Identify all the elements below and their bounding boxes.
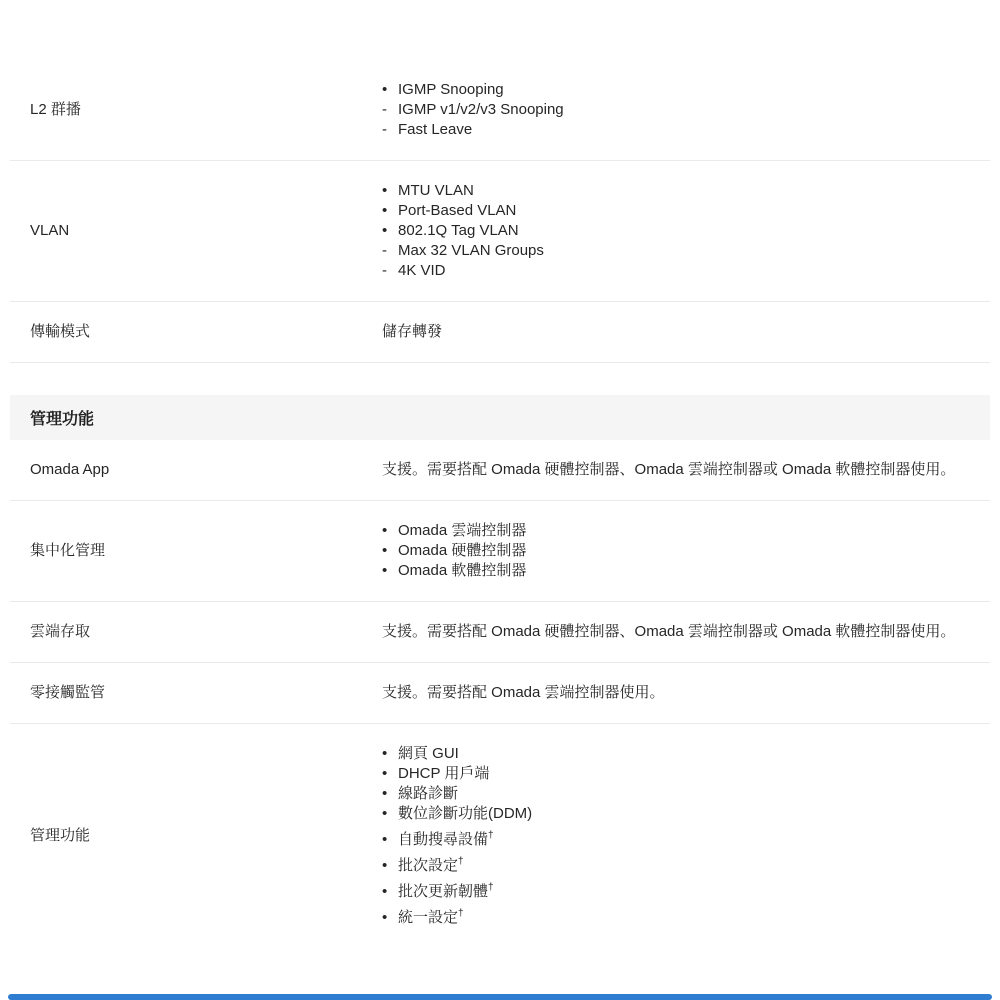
spec-value-line: -IGMP v1/v2/v3 Snooping <box>382 100 984 120</box>
spec-value-text-content: 4K VID <box>398 262 446 279</box>
spec-value-text-content: IGMP Snooping <box>398 81 504 98</box>
spec-row: VLAN•MTU VLAN•Port-Based VLAN•802.1Q Tag… <box>10 161 990 301</box>
spec-value-text: 支援。需要搭配 Omada 硬體控制器、Omada 雲端控制器或 Omada 軟… <box>382 460 955 480</box>
spec-value-text-content: 數位診斷功能(DDM) <box>398 805 532 822</box>
spec-row: L2 群播•IGMP Snooping-IGMP v1/v2/v3 Snoopi… <box>10 64 990 160</box>
spec-value-text: 批次更新韌體† <box>398 882 494 902</box>
bullet-marker: • <box>382 80 394 100</box>
spec-value-text: 線路診斷 <box>398 784 458 804</box>
bullet-marker: - <box>382 261 394 281</box>
spec-value-text-content: MTU VLAN <box>398 182 474 199</box>
spec-value-text: Fast Leave <box>398 120 472 140</box>
spec-row: 管理功能•網頁 GUI•DHCP 用戶端•線路診斷•數位診斷功能(DDM)•自動… <box>10 724 990 948</box>
spec-value-line: -Max 32 VLAN Groups <box>382 241 984 261</box>
spec-value-text: 統一設定† <box>398 908 464 928</box>
bullet-marker: • <box>382 221 394 241</box>
spec-value-text: IGMP v1/v2/v3 Snooping <box>398 100 564 120</box>
spec-page: L2 群播•IGMP Snooping-IGMP v1/v2/v3 Snoopi… <box>0 0 1000 1000</box>
bullet-marker: • <box>382 764 394 784</box>
spec-row-label: VLAN <box>10 221 382 241</box>
bullet-marker: • <box>382 908 394 928</box>
spec-row-label: 集中化管理 <box>10 541 382 561</box>
spec-value-line: 支援。需要搭配 Omada 硬體控制器、Omada 雲端控制器或 Omada 軟… <box>382 622 984 642</box>
spec-value-text: 批次設定† <box>398 856 464 876</box>
spec-value-text: DHCP 用戶端 <box>398 764 489 784</box>
spec-value-line: •數位診斷功能(DDM) <box>382 804 984 824</box>
bullet-marker: • <box>382 804 394 824</box>
spec-value-text-content: 網頁 GUI <box>398 745 459 762</box>
spec-value-line: •線路診斷 <box>382 784 984 804</box>
spec-value-line: •批次更新韌體† <box>382 876 984 902</box>
top-whitespace <box>10 0 990 64</box>
spec-value-text-content: 批次更新韌體 <box>398 883 488 900</box>
spec-value-text: 網頁 GUI <box>398 744 459 764</box>
spec-row-label: L2 群播 <box>10 100 382 120</box>
bullet-marker: • <box>382 784 394 804</box>
spec-value-text-content: 自動搜尋設備 <box>398 831 488 848</box>
spec-value-text: Omada 硬體控制器 <box>398 541 526 561</box>
spec-value-text-content: 802.1Q Tag VLAN <box>398 222 519 239</box>
spec-value-text-content: Fast Leave <box>398 121 472 138</box>
spec-value-line: •Port-Based VLAN <box>382 201 984 221</box>
spec-value-text: 數位診斷功能(DDM) <box>398 804 532 824</box>
spec-value-line: •IGMP Snooping <box>382 80 984 100</box>
bullet-marker: • <box>382 882 394 902</box>
spec-row: 集中化管理•Omada 雲端控制器•Omada 硬體控制器•Omada 軟體控制… <box>10 501 990 601</box>
bullet-marker: • <box>382 201 394 221</box>
spec-value-text: Omada 軟體控制器 <box>398 561 526 581</box>
spec-row-label: 零接觸監管 <box>10 683 382 703</box>
bullet-marker: - <box>382 100 394 120</box>
horizontal-scrollbar-thumb[interactable] <box>8 994 992 1000</box>
spec-row-value: •MTU VLAN•Port-Based VLAN•802.1Q Tag VLA… <box>382 181 990 281</box>
bullet-marker: • <box>382 561 394 581</box>
spec-row-value: 支援。需要搭配 Omada 硬體控制器、Omada 雲端控制器或 Omada 軟… <box>382 622 990 642</box>
bullet-marker: • <box>382 856 394 876</box>
spec-value-text: Port-Based VLAN <box>398 201 516 221</box>
bullet-marker: • <box>382 181 394 201</box>
dagger-footnote-mark: † <box>458 856 464 867</box>
dagger-footnote-mark: † <box>488 830 494 841</box>
spec-value-text: MTU VLAN <box>398 181 474 201</box>
spec-value-text-content: 支援。需要搭配 Omada 雲端控制器使用。 <box>382 684 665 701</box>
spec-value-text-content: 儲存轉發 <box>382 323 442 340</box>
bullet-marker: • <box>382 521 394 541</box>
spec-value-text: Max 32 VLAN Groups <box>398 241 544 261</box>
bullet-marker: - <box>382 120 394 140</box>
spec-value-text-content: 支援。需要搭配 Omada 硬體控制器、Omada 雲端控制器或 Omada 軟… <box>382 623 955 640</box>
spec-value-text-content: Max 32 VLAN Groups <box>398 242 544 259</box>
spec-row: Omada App支援。需要搭配 Omada 硬體控制器、Omada 雲端控制器… <box>10 440 990 500</box>
spec-table: L2 群播•IGMP Snooping-IGMP v1/v2/v3 Snoopi… <box>10 0 990 948</box>
spec-row-value: •IGMP Snooping-IGMP v1/v2/v3 Snooping-Fa… <box>382 80 990 140</box>
spec-row-value: 儲存轉發 <box>382 322 990 342</box>
spec-value-text-content: 統一設定 <box>398 909 458 926</box>
spec-value-text-content: Port-Based VLAN <box>398 202 516 219</box>
spec-row: 雲端存取支援。需要搭配 Omada 硬體控制器、Omada 雲端控制器或 Oma… <box>10 602 990 662</box>
section-title: 管理功能 <box>30 406 94 429</box>
spec-value-line: •自動搜尋設備† <box>382 824 984 850</box>
spec-value-text: 支援。需要搭配 Omada 硬體控制器、Omada 雲端控制器或 Omada 軟… <box>382 622 955 642</box>
spec-value-text: Omada 雲端控制器 <box>398 521 526 541</box>
spec-rows: L2 群播•IGMP Snooping-IGMP v1/v2/v3 Snoopi… <box>10 64 990 948</box>
spec-value-text-content: Omada 軟體控制器 <box>398 562 526 579</box>
spec-value-text: 儲存轉發 <box>382 322 442 342</box>
bullet-marker: - <box>382 241 394 261</box>
spec-value-text-content: 線路診斷 <box>398 785 458 802</box>
spec-value-line: •網頁 GUI <box>382 744 984 764</box>
spec-value-text-content: Omada 硬體控制器 <box>398 542 526 559</box>
spec-value-line: •Omada 軟體控制器 <box>382 561 984 581</box>
spec-value-line: -4K VID <box>382 261 984 281</box>
spec-value-line: 支援。需要搭配 Omada 雲端控制器使用。 <box>382 683 984 703</box>
bullet-marker: • <box>382 541 394 561</box>
spec-value-text: IGMP Snooping <box>398 80 504 100</box>
spec-row-value: 支援。需要搭配 Omada 雲端控制器使用。 <box>382 683 990 703</box>
dagger-footnote-mark: † <box>488 882 494 893</box>
spec-value-line: •MTU VLAN <box>382 181 984 201</box>
spec-value-text: 自動搜尋設備† <box>398 830 494 850</box>
bullet-marker: • <box>382 744 394 764</box>
spec-row-value: •Omada 雲端控制器•Omada 硬體控制器•Omada 軟體控制器 <box>382 521 990 581</box>
spec-value-text: 支援。需要搭配 Omada 雲端控制器使用。 <box>382 683 665 703</box>
spec-value-text: 802.1Q Tag VLAN <box>398 221 519 241</box>
spec-value-text-content: 支援。需要搭配 Omada 硬體控制器、Omada 雲端控制器或 Omada 軟… <box>382 461 955 478</box>
spec-value-text-content: DHCP 用戶端 <box>398 765 489 782</box>
row-divider <box>10 362 990 363</box>
spec-value-line: •802.1Q Tag VLAN <box>382 221 984 241</box>
spec-row-value: 支援。需要搭配 Omada 硬體控制器、Omada 雲端控制器或 Omada 軟… <box>382 460 990 480</box>
spec-value-line: •Omada 雲端控制器 <box>382 521 984 541</box>
spec-value-line: 儲存轉發 <box>382 322 984 342</box>
spec-row-label: 管理功能 <box>10 826 382 846</box>
spec-value-line: •批次設定† <box>382 850 984 876</box>
spec-row-label: 傳輸模式 <box>10 322 382 342</box>
spec-value-line: -Fast Leave <box>382 120 984 140</box>
bullet-marker: • <box>382 830 394 850</box>
spec-row: 零接觸監管支援。需要搭配 Omada 雲端控制器使用。 <box>10 663 990 723</box>
spec-row-value: •網頁 GUI•DHCP 用戶端•線路診斷•數位診斷功能(DDM)•自動搜尋設備… <box>382 744 990 928</box>
spec-value-line: •DHCP 用戶端 <box>382 764 984 784</box>
spec-value-text-content: IGMP v1/v2/v3 Snooping <box>398 101 564 118</box>
spec-row: 傳輸模式儲存轉發 <box>10 302 990 362</box>
spec-row-label: 雲端存取 <box>10 622 382 642</box>
spec-value-text-content: Omada 雲端控制器 <box>398 522 526 539</box>
spec-value-text-content: 批次設定 <box>398 857 458 874</box>
spec-value-text: 4K VID <box>398 261 446 281</box>
spec-row-label: Omada App <box>10 460 382 480</box>
spec-value-line: •統一設定† <box>382 902 984 928</box>
spec-value-line: 支援。需要搭配 Omada 硬體控制器、Omada 雲端控制器或 Omada 軟… <box>382 460 984 480</box>
dagger-footnote-mark: † <box>458 908 464 919</box>
section-header: 管理功能 <box>10 395 990 440</box>
spec-value-line: •Omada 硬體控制器 <box>382 541 984 561</box>
